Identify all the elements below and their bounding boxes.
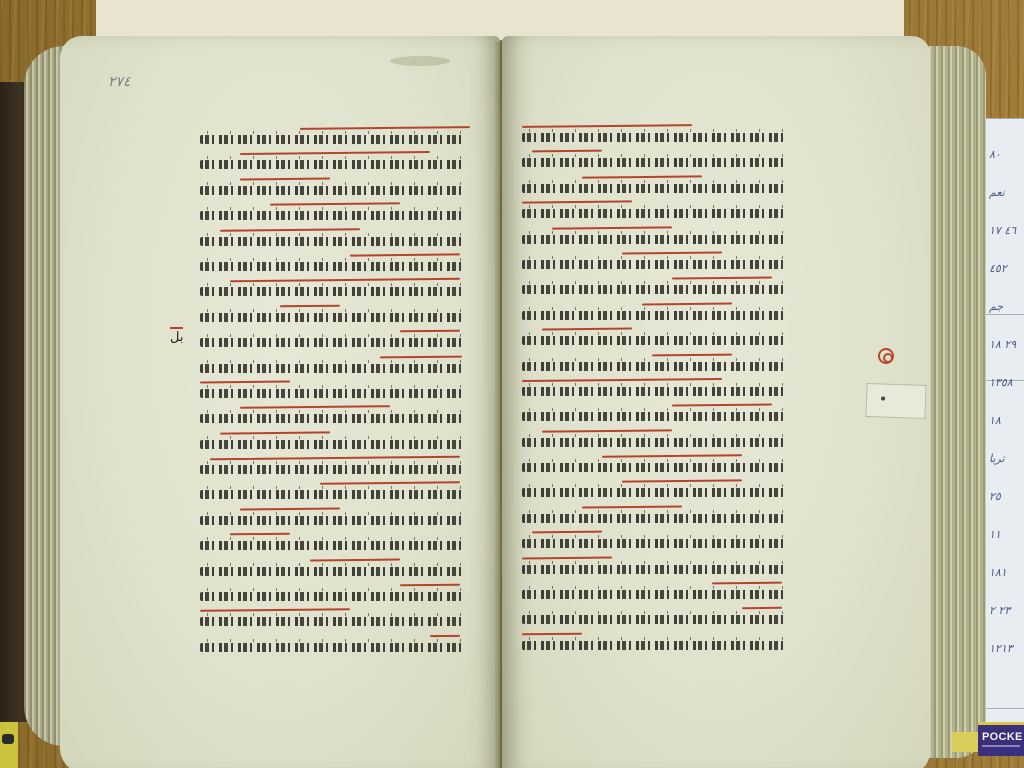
rubric-overline	[430, 635, 460, 637]
manuscript-line	[522, 556, 784, 581]
script-text	[522, 615, 784, 624]
script-text	[200, 262, 462, 271]
rubric-overline	[200, 380, 290, 383]
right-page-text	[522, 124, 784, 657]
manuscript-line	[200, 304, 462, 329]
card-note: ١٣٥٨	[989, 376, 1013, 389]
rubric-overline	[230, 533, 290, 536]
manuscript-line	[200, 380, 462, 405]
card-note: ٢٣ ٢	[989, 604, 1010, 617]
rubric-overline	[220, 431, 330, 434]
rubric-overline	[350, 253, 460, 256]
rubric-overline	[240, 507, 340, 510]
rubric-overline	[280, 304, 340, 307]
script-text	[200, 287, 462, 296]
script-text	[522, 539, 784, 548]
card-note: تربا	[989, 452, 1005, 465]
manuscript-line	[200, 507, 462, 532]
script-text	[200, 389, 462, 398]
paper-slip-bookmark	[865, 383, 926, 419]
left-page: ٢٧٤ بل	[60, 36, 500, 768]
manuscript-line	[200, 532, 462, 557]
manuscript-line	[200, 253, 462, 278]
manuscript-line	[200, 456, 462, 481]
manuscript-line	[522, 403, 784, 428]
script-text	[522, 158, 784, 167]
manuscript-line	[200, 608, 462, 633]
rubric-overline	[230, 278, 460, 282]
card-note: نعم	[989, 186, 1005, 199]
pocket-label-box: POCKE	[978, 722, 1024, 756]
rubric-overline	[522, 124, 692, 128]
card-rule	[983, 708, 1024, 709]
manuscript-line	[200, 405, 462, 430]
rubric-overline	[542, 328, 632, 331]
rubric-overline	[582, 175, 702, 178]
script-text	[200, 567, 462, 576]
rubric-overline	[240, 406, 390, 410]
script-text	[522, 514, 784, 523]
pocket-subline	[982, 745, 1020, 747]
card-note: ٨٠	[989, 148, 1001, 161]
script-text	[522, 438, 784, 447]
manuscript-line	[522, 175, 784, 200]
manuscript-line	[200, 177, 462, 202]
rubric-overline	[300, 126, 470, 130]
script-text	[200, 440, 462, 449]
yellow-tab	[952, 732, 980, 752]
script-text	[522, 488, 784, 497]
manuscript-line	[522, 454, 784, 479]
script-text	[200, 313, 462, 322]
rubric-overline	[602, 454, 742, 457]
manuscript-line	[200, 329, 462, 354]
folio-number: ٢٧٤	[108, 74, 131, 90]
manuscript-line	[522, 200, 784, 225]
rubric-overline	[672, 404, 772, 407]
rubric-overline	[240, 177, 330, 180]
rubric-overline	[310, 558, 400, 561]
card-note: ١٨١	[989, 566, 1007, 579]
manuscript-line	[522, 124, 784, 149]
manuscript-line	[200, 431, 462, 456]
margin-note: بل	[170, 330, 183, 345]
manuscript-line	[200, 634, 462, 659]
rubric-overline	[522, 632, 582, 635]
manuscript-line	[200, 202, 462, 227]
card-rule	[983, 118, 1024, 119]
manuscript-line	[522, 505, 784, 530]
script-text	[522, 641, 784, 650]
rubric-overline	[532, 531, 602, 534]
manuscript-line	[200, 355, 462, 380]
yellow-label-left	[0, 722, 18, 768]
rubric-overline	[552, 226, 672, 229]
script-text	[522, 412, 784, 421]
card-note: ٤٥٢	[989, 262, 1007, 275]
script-text	[200, 160, 462, 169]
card-note: ١٨	[989, 414, 1001, 427]
rubric-overline	[622, 480, 742, 483]
script-text	[200, 186, 462, 195]
script-text	[522, 133, 784, 142]
rubric-overline	[742, 607, 782, 609]
script-text	[522, 285, 784, 294]
script-text	[522, 336, 784, 345]
manuscript-line	[200, 126, 462, 151]
script-text	[200, 465, 462, 474]
manuscript-line	[522, 226, 784, 251]
card-note: ٤٦ ١٧	[989, 224, 1016, 237]
rubric-overline	[672, 277, 772, 280]
rubric-overline	[522, 201, 632, 204]
rubric-overline	[400, 584, 460, 587]
index-card: ٨٠نعم٤٦ ١٧٤٥٢جم٢٩ ١٨١٣٥٨١٨تربا٢٥١١١٨١٢٣ …	[982, 118, 1024, 728]
rubric-overline	[712, 582, 782, 585]
manuscript-line	[522, 632, 784, 657]
script-text	[522, 387, 784, 396]
card-note: جم	[989, 300, 1003, 313]
manuscript-line	[200, 228, 462, 253]
manuscript-line	[522, 327, 784, 352]
script-text	[200, 643, 462, 652]
script-text	[522, 260, 784, 269]
rubric-overline	[582, 505, 682, 508]
rubric-overline	[642, 302, 732, 305]
manuscript-line	[200, 278, 462, 303]
script-text	[200, 516, 462, 525]
manuscript-line	[522, 606, 784, 631]
rubric-overline	[220, 228, 360, 231]
script-text	[522, 311, 784, 320]
manuscript-line	[200, 558, 462, 583]
pocket-label: POCKE	[982, 731, 1023, 743]
card-note: ٢٥	[989, 490, 1001, 503]
manuscript-line	[522, 479, 784, 504]
card-note: ١٢١٣	[989, 642, 1013, 655]
script-text	[200, 541, 462, 550]
script-text	[200, 414, 462, 423]
script-text	[522, 463, 784, 472]
manuscript-line	[522, 530, 784, 555]
manuscript-line	[200, 151, 462, 176]
script-text	[522, 184, 784, 193]
rubric-overline	[270, 202, 400, 205]
rubric-overline	[652, 353, 732, 356]
manuscript-line	[522, 353, 784, 378]
manuscript-line	[522, 149, 784, 174]
script-text	[522, 362, 784, 371]
card-note: ١١	[989, 528, 1001, 541]
manuscript-line	[522, 276, 784, 301]
manuscript-line	[522, 302, 784, 327]
script-text	[522, 565, 784, 574]
rubric-overline	[400, 330, 460, 333]
manuscript-line	[200, 481, 462, 506]
left-page-text	[200, 126, 462, 659]
rubric-overline	[622, 251, 722, 254]
red-seal-icon	[878, 348, 894, 364]
stain	[390, 56, 450, 66]
script-text	[200, 237, 462, 246]
script-text	[200, 592, 462, 601]
rubric-overline	[320, 482, 460, 485]
rubric-overline	[380, 355, 462, 358]
manuscript-line	[200, 583, 462, 608]
rubric-overline	[532, 150, 602, 153]
card-rule	[983, 314, 1024, 315]
rubric-overline	[522, 556, 612, 559]
rubric-overline	[200, 609, 350, 613]
script-text	[522, 235, 784, 244]
script-text	[200, 338, 462, 347]
rubric-overline	[210, 456, 460, 461]
script-text	[522, 209, 784, 218]
manuscript-line	[522, 251, 784, 276]
script-text	[200, 135, 462, 144]
open-manuscript: ٢٧٤ بل	[18, 18, 988, 766]
manuscript-line	[522, 429, 784, 454]
script-text	[200, 364, 462, 373]
script-text	[200, 211, 462, 220]
card-note: ٢٩ ١٨	[989, 338, 1016, 351]
manuscript-line	[522, 378, 784, 403]
rubric-overline	[240, 151, 430, 155]
rubric-overline	[522, 378, 722, 382]
script-text	[522, 590, 784, 599]
manuscript-line	[522, 581, 784, 606]
script-text	[200, 490, 462, 499]
rubric-overline	[542, 429, 672, 432]
script-text	[200, 617, 462, 626]
